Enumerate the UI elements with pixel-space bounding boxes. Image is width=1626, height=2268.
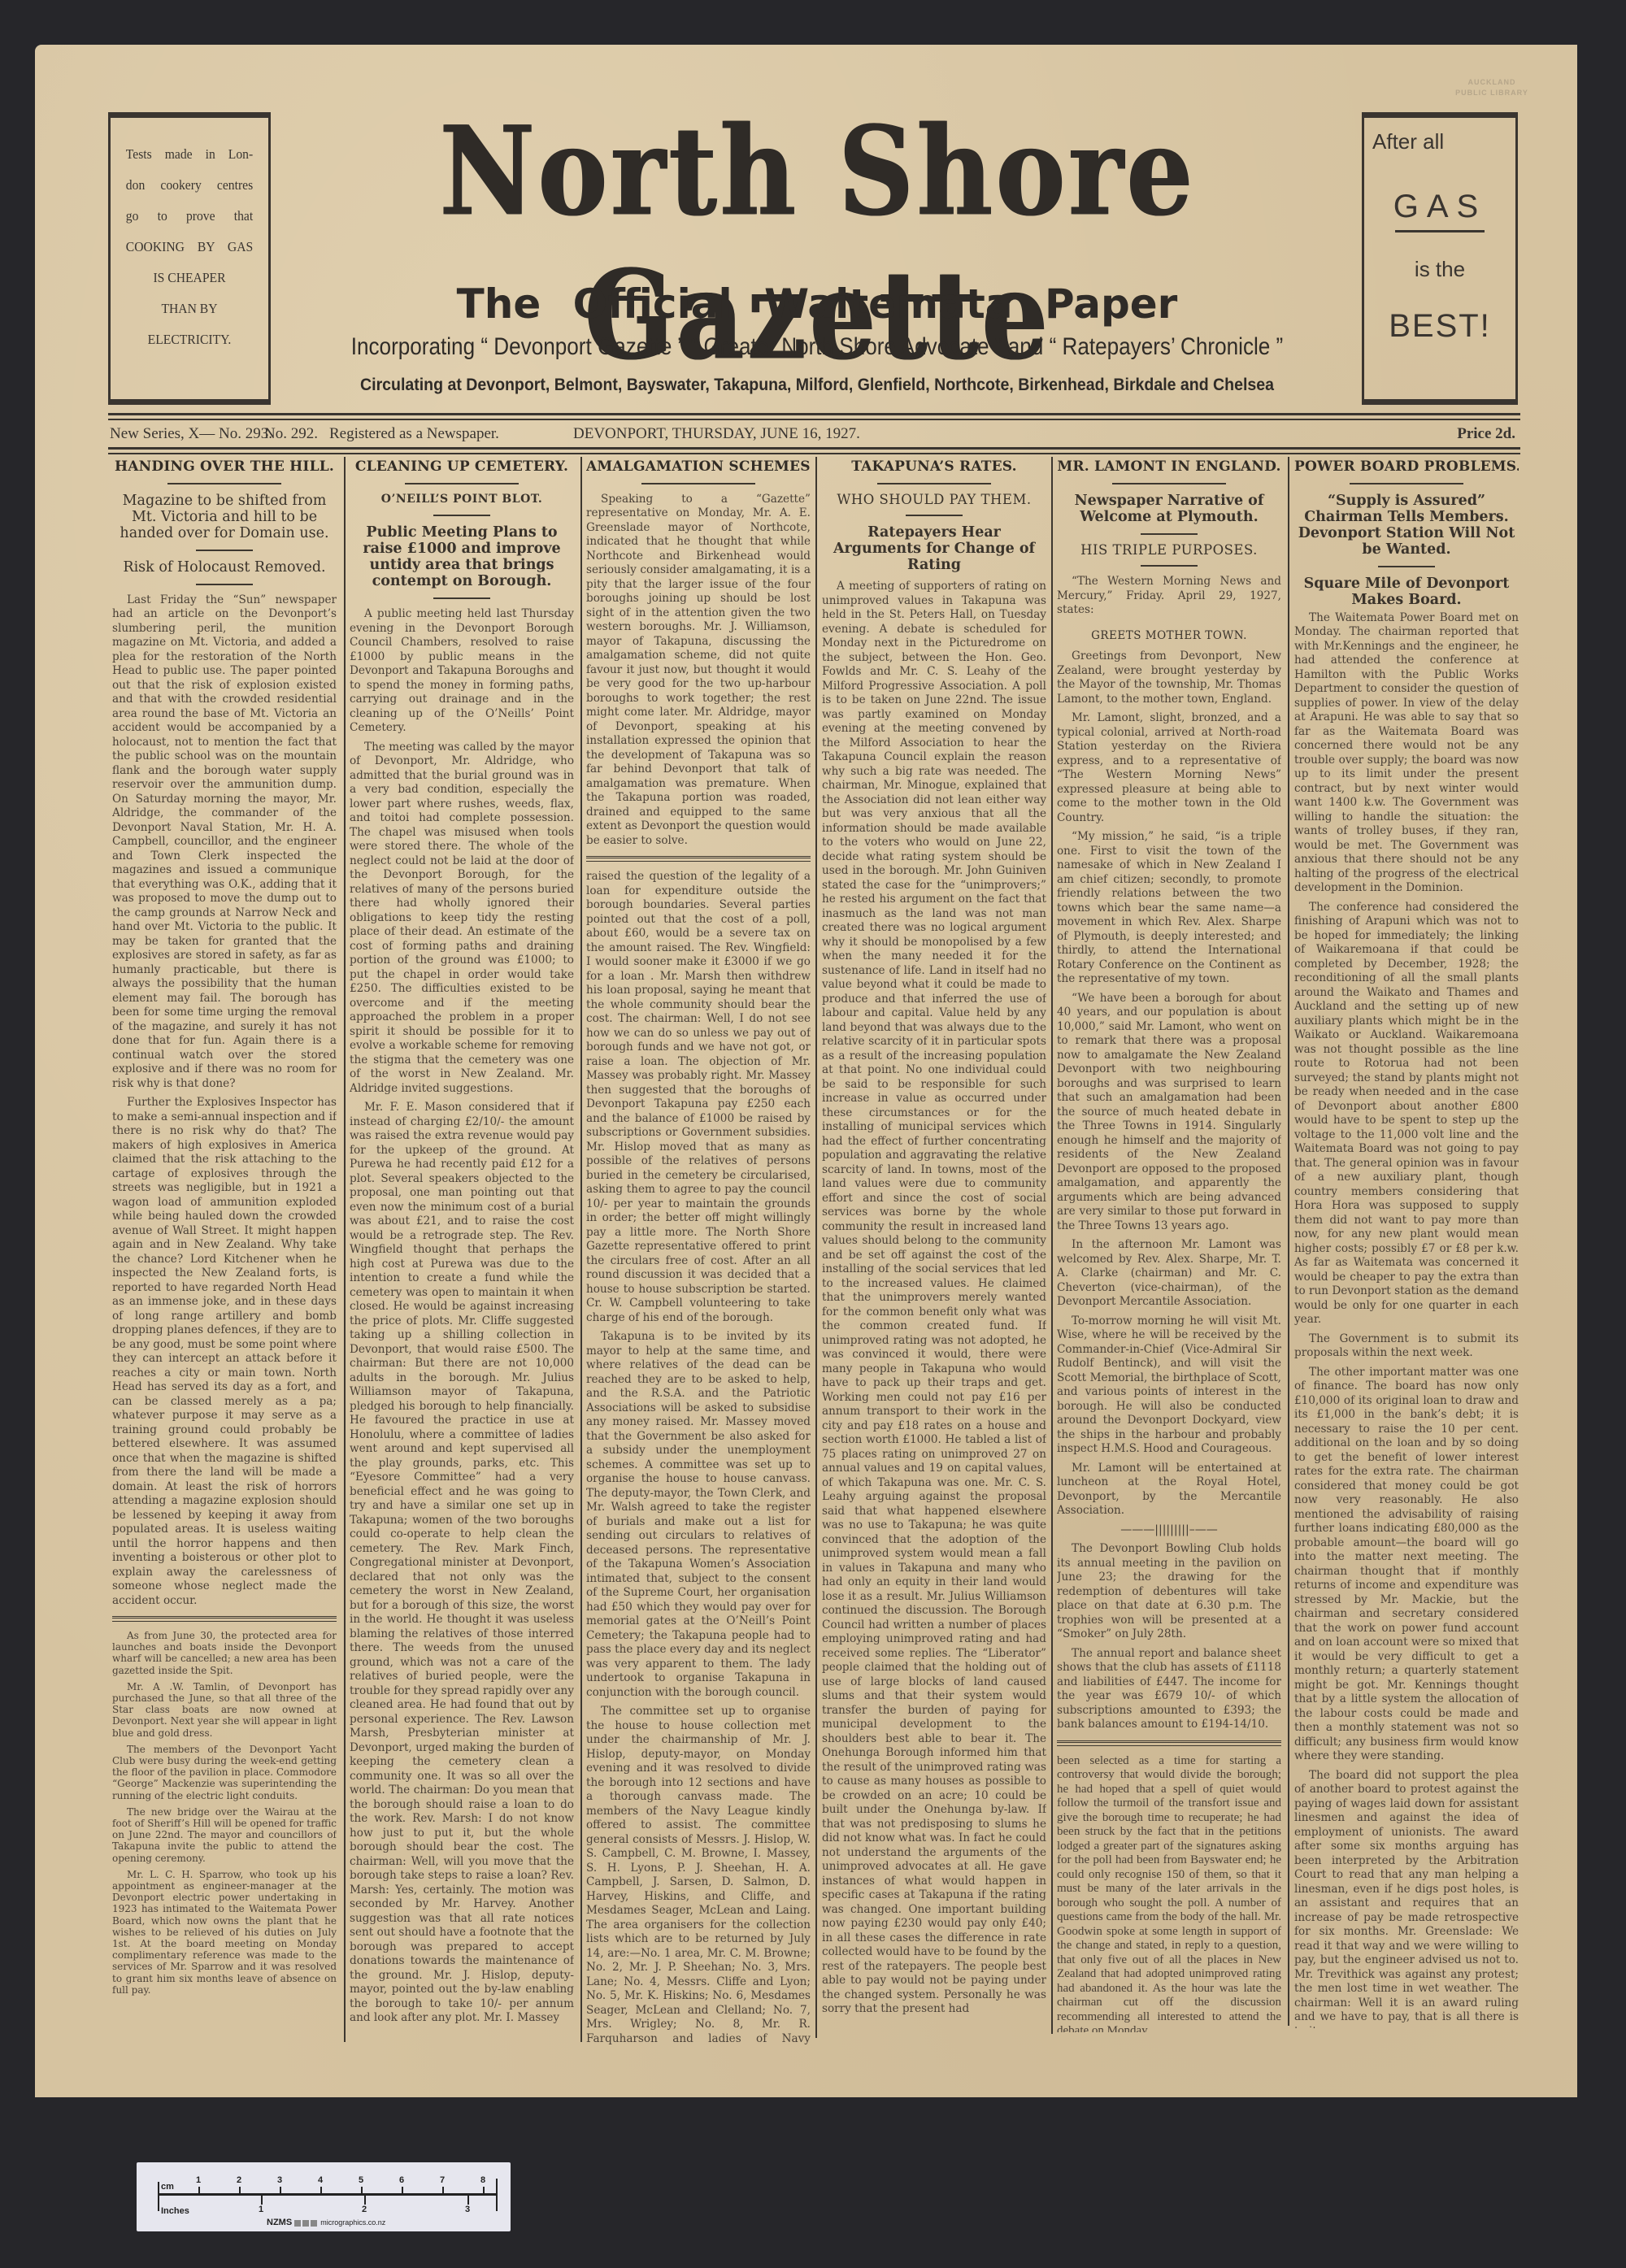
column-divider xyxy=(815,457,817,2038)
article-handing-over-the-hill: HANDING OVER THE HILL. Magazine to be sh… xyxy=(112,455,337,2049)
divider xyxy=(1141,565,1198,567)
cm-tick-label: 3 xyxy=(277,2175,282,2185)
paragraph: Greetings from Devonport, New Zealand, w… xyxy=(1057,650,1281,706)
paragraph: Mr. Lamont, slight, bronzed, and a typic… xyxy=(1057,711,1281,825)
paragraph: “We have been a borough for about 40 yea… xyxy=(1057,992,1281,1234)
paragraph: The annual report and balance sheet show… xyxy=(1057,1647,1281,1732)
stamp-line: PUBLIC LIBRARY xyxy=(1455,88,1528,98)
article-body: Speaking to a “Gazette” representative o… xyxy=(586,493,811,849)
deck: HIS TRIPLE PURPOSES. xyxy=(1057,543,1281,558)
cm-tick-label: 4 xyxy=(318,2175,323,2185)
paragraph: The other important matter was one of fi… xyxy=(1294,1366,1519,1764)
article-takapuna-rates: TAKAPUNA’S RATES. WHO SHOULD PAY THEM. R… xyxy=(822,455,1046,2036)
registered-text: Registered as a Newspaper. xyxy=(329,425,499,443)
brand-name: NZMS xyxy=(267,2218,292,2227)
ad-text: IS CHEAPER xyxy=(126,263,253,293)
paragraph: Mr. L. C. H. Sparrow, who took up his ap… xyxy=(112,1869,337,1996)
newspaper-subtitle: The Official Waitemata Paper xyxy=(280,280,1354,328)
deck: O’NEILL’S POINT BLOT. xyxy=(350,493,574,507)
issue-number: No. 292. xyxy=(264,425,318,443)
paragraph: The new bridge over the Wairau at the fo… xyxy=(112,1806,337,1864)
ruler-tick xyxy=(361,2187,363,2194)
paragraph: The conference had considered the finish… xyxy=(1294,901,1519,1327)
inch-tick-label: 1 xyxy=(259,2205,263,2214)
divider xyxy=(1112,483,1226,484)
paragraph: The members of the Devonport Yacht Club … xyxy=(112,1744,337,1801)
paragraph: The Waitemata Power Board met on Monday.… xyxy=(1294,611,1519,896)
article-body: A public meeting held last Thursday even… xyxy=(350,607,574,2026)
cm-tick-label: 1 xyxy=(196,2175,201,2185)
dateline: New Series, X— No. 293. No. 292. Registe… xyxy=(110,425,1520,445)
section-rule xyxy=(112,1616,337,1622)
scale-ruler: cm Inches 1 2 3 4 5 6 7 8 1 2 3 NZMS mic… xyxy=(137,2162,511,2231)
column-divider xyxy=(1288,457,1289,2026)
divider xyxy=(877,483,991,484)
paragraph: As from June 30, the protected area for … xyxy=(112,1630,337,1676)
divider xyxy=(1141,533,1198,535)
paragraph: The Government is to submit its proposal… xyxy=(1294,1332,1519,1361)
article-body: Last Friday the “Sun” newspaper had an a… xyxy=(112,593,337,1609)
paragraph: “The Western Morning News and Mercury,” … xyxy=(1057,575,1281,618)
divider xyxy=(196,584,253,585)
divider xyxy=(433,597,490,599)
ruler-tick xyxy=(320,2187,322,2194)
ad-text: Tests made in Lon- xyxy=(126,139,253,170)
deck: Newspaper Narrative of Welcome at Plymou… xyxy=(1059,493,1280,525)
paragraph: raised the question of the legality of a… xyxy=(586,870,811,1325)
deck: Ratepayers Hear Arguments for Change of … xyxy=(824,524,1045,573)
article-body: A meeting of supporters of rating on uni… xyxy=(822,580,1046,2017)
ad-text: After all xyxy=(1372,129,1515,154)
divider xyxy=(196,550,253,551)
article-power-board-problems: POWER BOARD PROBLEMS. “Supply is Assured… xyxy=(1294,455,1519,2028)
paragraph: A meeting of supporters of rating on uni… xyxy=(822,580,1046,2017)
paragraph: Further the Explosives Inspector has to … xyxy=(112,1096,337,1608)
paragraph: Last Friday the “Sun” newspaper had an a… xyxy=(112,593,337,1092)
deck: WHO SHOULD PAY THEM. xyxy=(822,493,1046,507)
ad-text: ELECTRICITY. xyxy=(126,324,253,355)
article-cleaning-up-cemetery: CLEANING UP CEMETERY. O’NEILL’S POINT BL… xyxy=(350,455,574,2044)
ruler-tick xyxy=(239,2187,241,2194)
paragraph: Speaking to a “Gazette” representative o… xyxy=(586,493,811,849)
ruler-tick xyxy=(198,2187,200,2194)
ad-text: THAN BY xyxy=(126,293,253,324)
divider xyxy=(1350,483,1463,484)
divider xyxy=(906,515,963,516)
ruler-tick xyxy=(280,2187,281,2194)
divider xyxy=(167,483,281,484)
ruler-tick xyxy=(483,2187,485,2194)
paragraph: The meeting was called by the mayor of D… xyxy=(350,741,574,1097)
brand-site: micrographics.co.nz xyxy=(320,2218,385,2227)
stamp-line: AUCKLAND xyxy=(1455,77,1528,88)
paragraph: To-morrow morning he will visit Mt. Wise… xyxy=(1057,1314,1281,1457)
paragraph: The committee set up to organise the hou… xyxy=(586,1705,811,2044)
cm-tick-label: 2 xyxy=(237,2175,241,2185)
deck: Public Meeting Plans to raise £1000 and … xyxy=(351,524,572,589)
paragraph: The board did not support the plea of an… xyxy=(1294,1769,1519,2029)
article-body: “The Western Morning News and Mercury,” … xyxy=(1057,575,1281,1519)
paragraph: In the afternoon Mr. Lamont was welcomed… xyxy=(1057,1238,1281,1310)
headline: TAKAPUNA’S RATES. xyxy=(822,460,1046,475)
series-number: New Series, X— No. 293. xyxy=(110,425,272,443)
paragraph: The Devonport Bowling Club holds its ann… xyxy=(1057,1542,1281,1642)
gas-ad-left: Tests made in Lon- don cookery centres g… xyxy=(108,112,271,405)
circulating-line: Circulating at Devonport, Belmont, Baysw… xyxy=(318,376,1316,395)
paragraph: been selected as a time for starting a c… xyxy=(1057,1754,1281,2033)
headline: MR. LAMONT IN ENGLAND. xyxy=(1057,460,1281,475)
paragraph: Mr. F. E. Mason considered that if inste… xyxy=(350,1101,574,2026)
column-divider xyxy=(1051,457,1053,2034)
continued-rates-body: been selected as a time for starting a c… xyxy=(1057,1754,1281,2033)
ruler-tick xyxy=(364,2195,366,2205)
headline: AMALGAMATION SCHEMES. xyxy=(586,460,811,475)
subhead: GREETS MOTHER TOWN. xyxy=(1057,629,1281,644)
cm-tick-label: 7 xyxy=(440,2175,445,2185)
ruler-tick xyxy=(467,2195,469,2205)
ruler-tick xyxy=(402,2187,403,2194)
paragraph: Mr. Lamont will be entertained at lunche… xyxy=(1057,1462,1281,1519)
ruler-tick xyxy=(496,2179,498,2211)
article-mr-lamont-in-england: MR. LAMONT IN ENGLAND. Newspaper Narrati… xyxy=(1057,455,1281,2032)
section-rule xyxy=(1057,1740,1281,1746)
ad-text: BEST! xyxy=(1364,308,1515,345)
divider xyxy=(1378,566,1435,567)
divider xyxy=(641,483,755,484)
local-items: As from June 30, the protected area for … xyxy=(112,1630,337,1996)
divider xyxy=(405,483,519,484)
inch-tick-label: 3 xyxy=(465,2205,470,2214)
headline: POWER BOARD PROBLEMS. xyxy=(1294,460,1519,475)
paragraph: “My mission,” he said, “is a triple one.… xyxy=(1057,830,1281,987)
article-amalgamation-schemes: AMALGAMATION SCHEMES. Speaking to a “Gaz… xyxy=(586,455,811,2044)
inch-tick-label: 2 xyxy=(362,2205,367,2214)
incorporating-line: Incorporating “ Devonport Gazette ” “ Gr… xyxy=(350,333,1284,361)
price: Price 2d. xyxy=(1457,425,1515,443)
ad-text: go to prove that xyxy=(126,201,253,232)
headline: HANDING OVER THE HILL. xyxy=(112,460,337,475)
brand-logo-icon xyxy=(294,2220,301,2227)
place-date: DEVONPORT, THURSDAY, JUNE 16, 1927. xyxy=(573,425,860,443)
masthead-rule xyxy=(108,413,1520,420)
ad-text: COOKING BY GAS xyxy=(126,232,253,263)
deck: Risk of Holocaust Removed. xyxy=(114,559,335,576)
headline: CLEANING UP CEMETERY. xyxy=(350,460,574,475)
gas-ad-right: After all GAS is the BEST! xyxy=(1362,112,1518,405)
ruler-axis xyxy=(158,2193,498,2196)
divider xyxy=(1395,230,1485,232)
ornament-divider: ———|||||||||–—— xyxy=(1057,1523,1281,1538)
brand-logo-icon xyxy=(302,2220,309,2227)
article-body: The Waitemata Power Board met on Monday.… xyxy=(1294,611,1519,2029)
ruler-tick xyxy=(442,2187,444,2194)
column-divider xyxy=(344,457,346,2042)
divider xyxy=(433,515,490,516)
inches-label: Inches xyxy=(161,2206,189,2216)
deck: Magazine to be shifted from Mt. Victoria… xyxy=(114,493,335,541)
paragraph: A public meeting held last Thursday even… xyxy=(350,607,574,736)
ruler-tick xyxy=(158,2182,159,2211)
ad-text: GAS xyxy=(1364,189,1515,225)
deck: “Supply is Assured” Chairman Tells Membe… xyxy=(1296,493,1517,558)
continued-cemetery-body: raised the question of the legality of a… xyxy=(586,870,811,2044)
deck: Square Mile of Devonport Makes Board. xyxy=(1296,576,1517,608)
cm-tick-label: 6 xyxy=(399,2175,404,2185)
brand-logo-icon xyxy=(311,2220,317,2227)
cm-label: cm xyxy=(161,2182,174,2192)
ad-text: don cookery centres xyxy=(126,170,253,201)
paragraph: Takapuna is to be invited by its mayor t… xyxy=(586,1330,811,1700)
ruler-tick xyxy=(261,2195,263,2205)
bowling-club-item: The Devonport Bowling Club holds its ann… xyxy=(1057,1542,1281,1732)
library-stamp: AUCKLAND PUBLIC LIBRARY xyxy=(1455,77,1528,98)
ad-text: is the xyxy=(1364,257,1515,282)
cm-tick-label: 5 xyxy=(359,2175,363,2185)
column-divider xyxy=(580,457,582,2042)
cm-tick-label: 8 xyxy=(480,2175,485,2185)
dateline-rule xyxy=(108,447,1520,454)
ruler-brand: NZMS micrographics.co.nz xyxy=(267,2218,385,2227)
paragraph: Mr. A .W. Tamlin, of Devonport has purch… xyxy=(112,1681,337,1739)
section-rule xyxy=(586,856,811,862)
